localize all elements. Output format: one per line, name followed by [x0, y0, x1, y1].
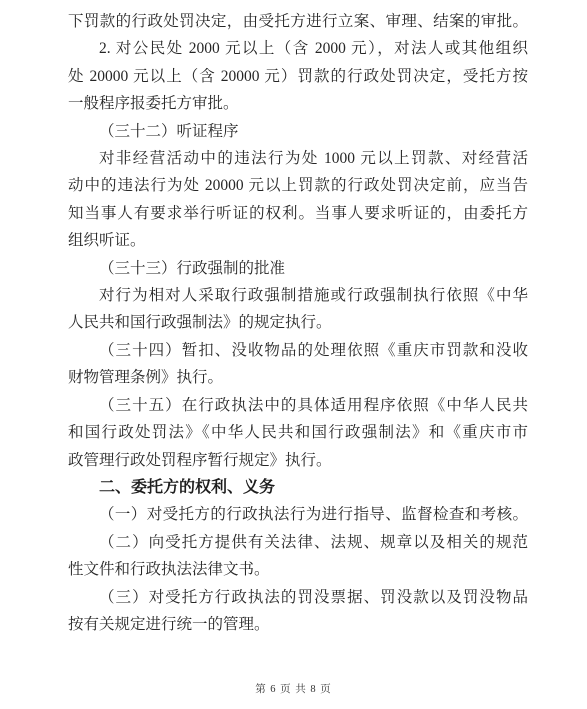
text-line: 动中的违法行为处 20000 元以上罚款的行政处罚决定前，应当告 [68, 172, 528, 199]
text-line: 按有关规定进行统一的管理。 [68, 611, 528, 638]
text-line: 人民共和国行政强制法》的规定执行。 [68, 309, 528, 336]
text-line: 下罚款的行政处罚决定，由受托方进行立案、审理、结案的审批。 [68, 8, 528, 35]
page-number-footer: 第 6 页 共 8 页 [0, 681, 587, 696]
text-line: （三十二）听证程序 [68, 118, 528, 145]
text-line: （三十五）在行政执法中的具体适用程序依照《中华人民共 [68, 392, 528, 419]
text-line: 2. 对公民处 2000 元以上（含 2000 元），对法人或其他组织 [68, 35, 528, 62]
text-line: 对行为相对人采取行政强制措施或行政强制执行依照《中华 [68, 282, 528, 309]
text-line: 知当事人有要求举行听证的权利。当事人要求听证的，由委托方 [68, 200, 528, 227]
document-page: 下罚款的行政处罚决定，由受托方进行立案、审理、结案的审批。2. 对公民处 200… [0, 0, 587, 709]
text-line: 性文件和行政执法法律文书。 [68, 556, 528, 583]
section-heading: 二、委托方的权利、义务 [68, 474, 528, 501]
text-line: （一）对受托方的行政执法行为进行指导、监督检查和考核。 [68, 501, 528, 528]
text-line: 政管理行政处罚程序暂行规定》执行。 [68, 447, 528, 474]
text-line: 一般程序报委托方审批。 [68, 90, 528, 117]
text-line: （三十四）暂扣、没收物品的处理依照《重庆市罚款和没收 [68, 337, 528, 364]
text-line: 和国行政处罚法》《中华人民共和国行政强制法》和《重庆市市 [68, 419, 528, 446]
text-line: （二）向受托方提供有关法律、法规、规章以及相关的规范 [68, 529, 528, 556]
document-body: 下罚款的行政处罚决定，由受托方进行立案、审理、结案的审批。2. 对公民处 200… [68, 8, 528, 638]
text-line: （三）对受托方行政执法的罚没票据、罚没款以及罚没物品 [68, 584, 528, 611]
text-line: 财物管理条例》执行。 [68, 364, 528, 391]
text-line: 组织听证。 [68, 227, 528, 254]
text-line: （三十三）行政强制的批准 [68, 255, 528, 282]
text-line: 对非经营活动中的违法行为处 1000 元以上罚款、对经营活 [68, 145, 528, 172]
text-line: 处 20000 元以上（含 20000 元）罚款的行政处罚决定，受托方按 [68, 63, 528, 90]
